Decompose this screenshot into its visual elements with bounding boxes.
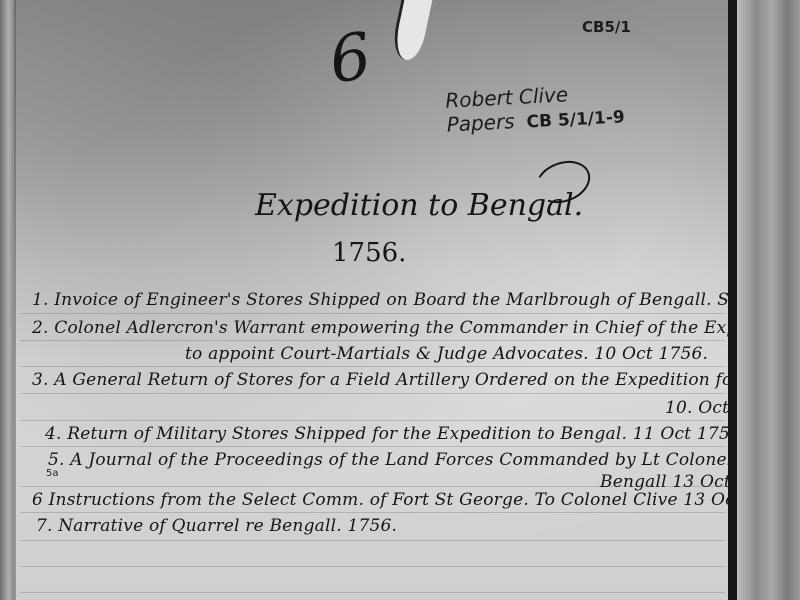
ruled-line <box>20 540 725 541</box>
ruled-line <box>20 313 725 314</box>
facing-page-edge <box>737 0 800 600</box>
item-number: 2. <box>32 318 49 338</box>
item-number: 4. <box>45 424 62 444</box>
item-text: Return of Military Stores Shipped for th… <box>67 424 741 444</box>
contents-item-4: 4. Return of Military Stores Shipped for… <box>45 424 741 444</box>
ruled-line <box>20 512 725 513</box>
contents-item-2: 2. Colonel Adlercron's Warrant empowerin… <box>32 318 800 338</box>
item-number: 7. <box>36 516 53 536</box>
contents-item-1: 1. Invoice of Engineer's Stores Shipped … <box>32 290 796 310</box>
collection-reference: CB 5/1/1-9 <box>526 107 625 132</box>
document-title: Expedition to Bengal. <box>255 188 583 223</box>
collection-label: Robert Clive PapersCB 5/1/1-9 <box>445 79 625 138</box>
contents-item-5: 5. A Journal of the Proceedings of the L… <box>48 450 800 470</box>
item-text: Invoice of Engineer's Stores Shipped on … <box>54 290 796 310</box>
item-number: 1. <box>32 290 49 310</box>
binding-left-edge <box>0 0 14 600</box>
document-year: 1756. <box>332 238 406 268</box>
item-text: A General Return of Stores for a Field A… <box>54 370 800 390</box>
collection-papers: Papers <box>446 109 515 137</box>
folio-number: 6 <box>325 20 376 99</box>
item-number: 6 <box>32 490 43 510</box>
ruled-line <box>20 592 725 593</box>
archive-reference: CB5/1 <box>582 18 631 36</box>
left-margin-rule <box>14 0 16 600</box>
scanned-document-page: 6 CB5/1 Robert Clive PapersCB 5/1/1-9 Ex… <box>0 0 800 600</box>
ruled-line <box>20 340 725 341</box>
item-sub-number: 5a <box>46 468 59 479</box>
item-text: A Journal of the Proceedings of the Land… <box>70 450 800 470</box>
item-text: Narrative of Quarrel re Bengall. 1756. <box>58 516 397 536</box>
contents-item-2-continuation: to appoint Court-Martials & Judge Advoca… <box>185 344 708 364</box>
contents-item-6: 6 Instructions from the Select Comm. of … <box>32 490 797 510</box>
binding-gutter <box>728 0 737 600</box>
item-number: 5. <box>48 450 65 470</box>
contents-item-7: 7. Narrative of Quarrel re Bengall. 1756… <box>36 516 397 536</box>
ruled-line <box>20 566 725 567</box>
item-text: Colonel Adlercron's Warrant empowering t… <box>54 318 800 338</box>
item-number: 3. <box>32 370 49 390</box>
item-text: Instructions from the Select Comm. of Fo… <box>49 490 797 510</box>
ruled-line <box>20 420 725 421</box>
ruled-line <box>20 393 725 394</box>
paper-tear <box>389 0 433 60</box>
ruled-line <box>20 366 725 367</box>
ruled-line <box>20 446 725 447</box>
contents-item-3: 3. A General Return of Stores for a Fiel… <box>32 370 800 390</box>
